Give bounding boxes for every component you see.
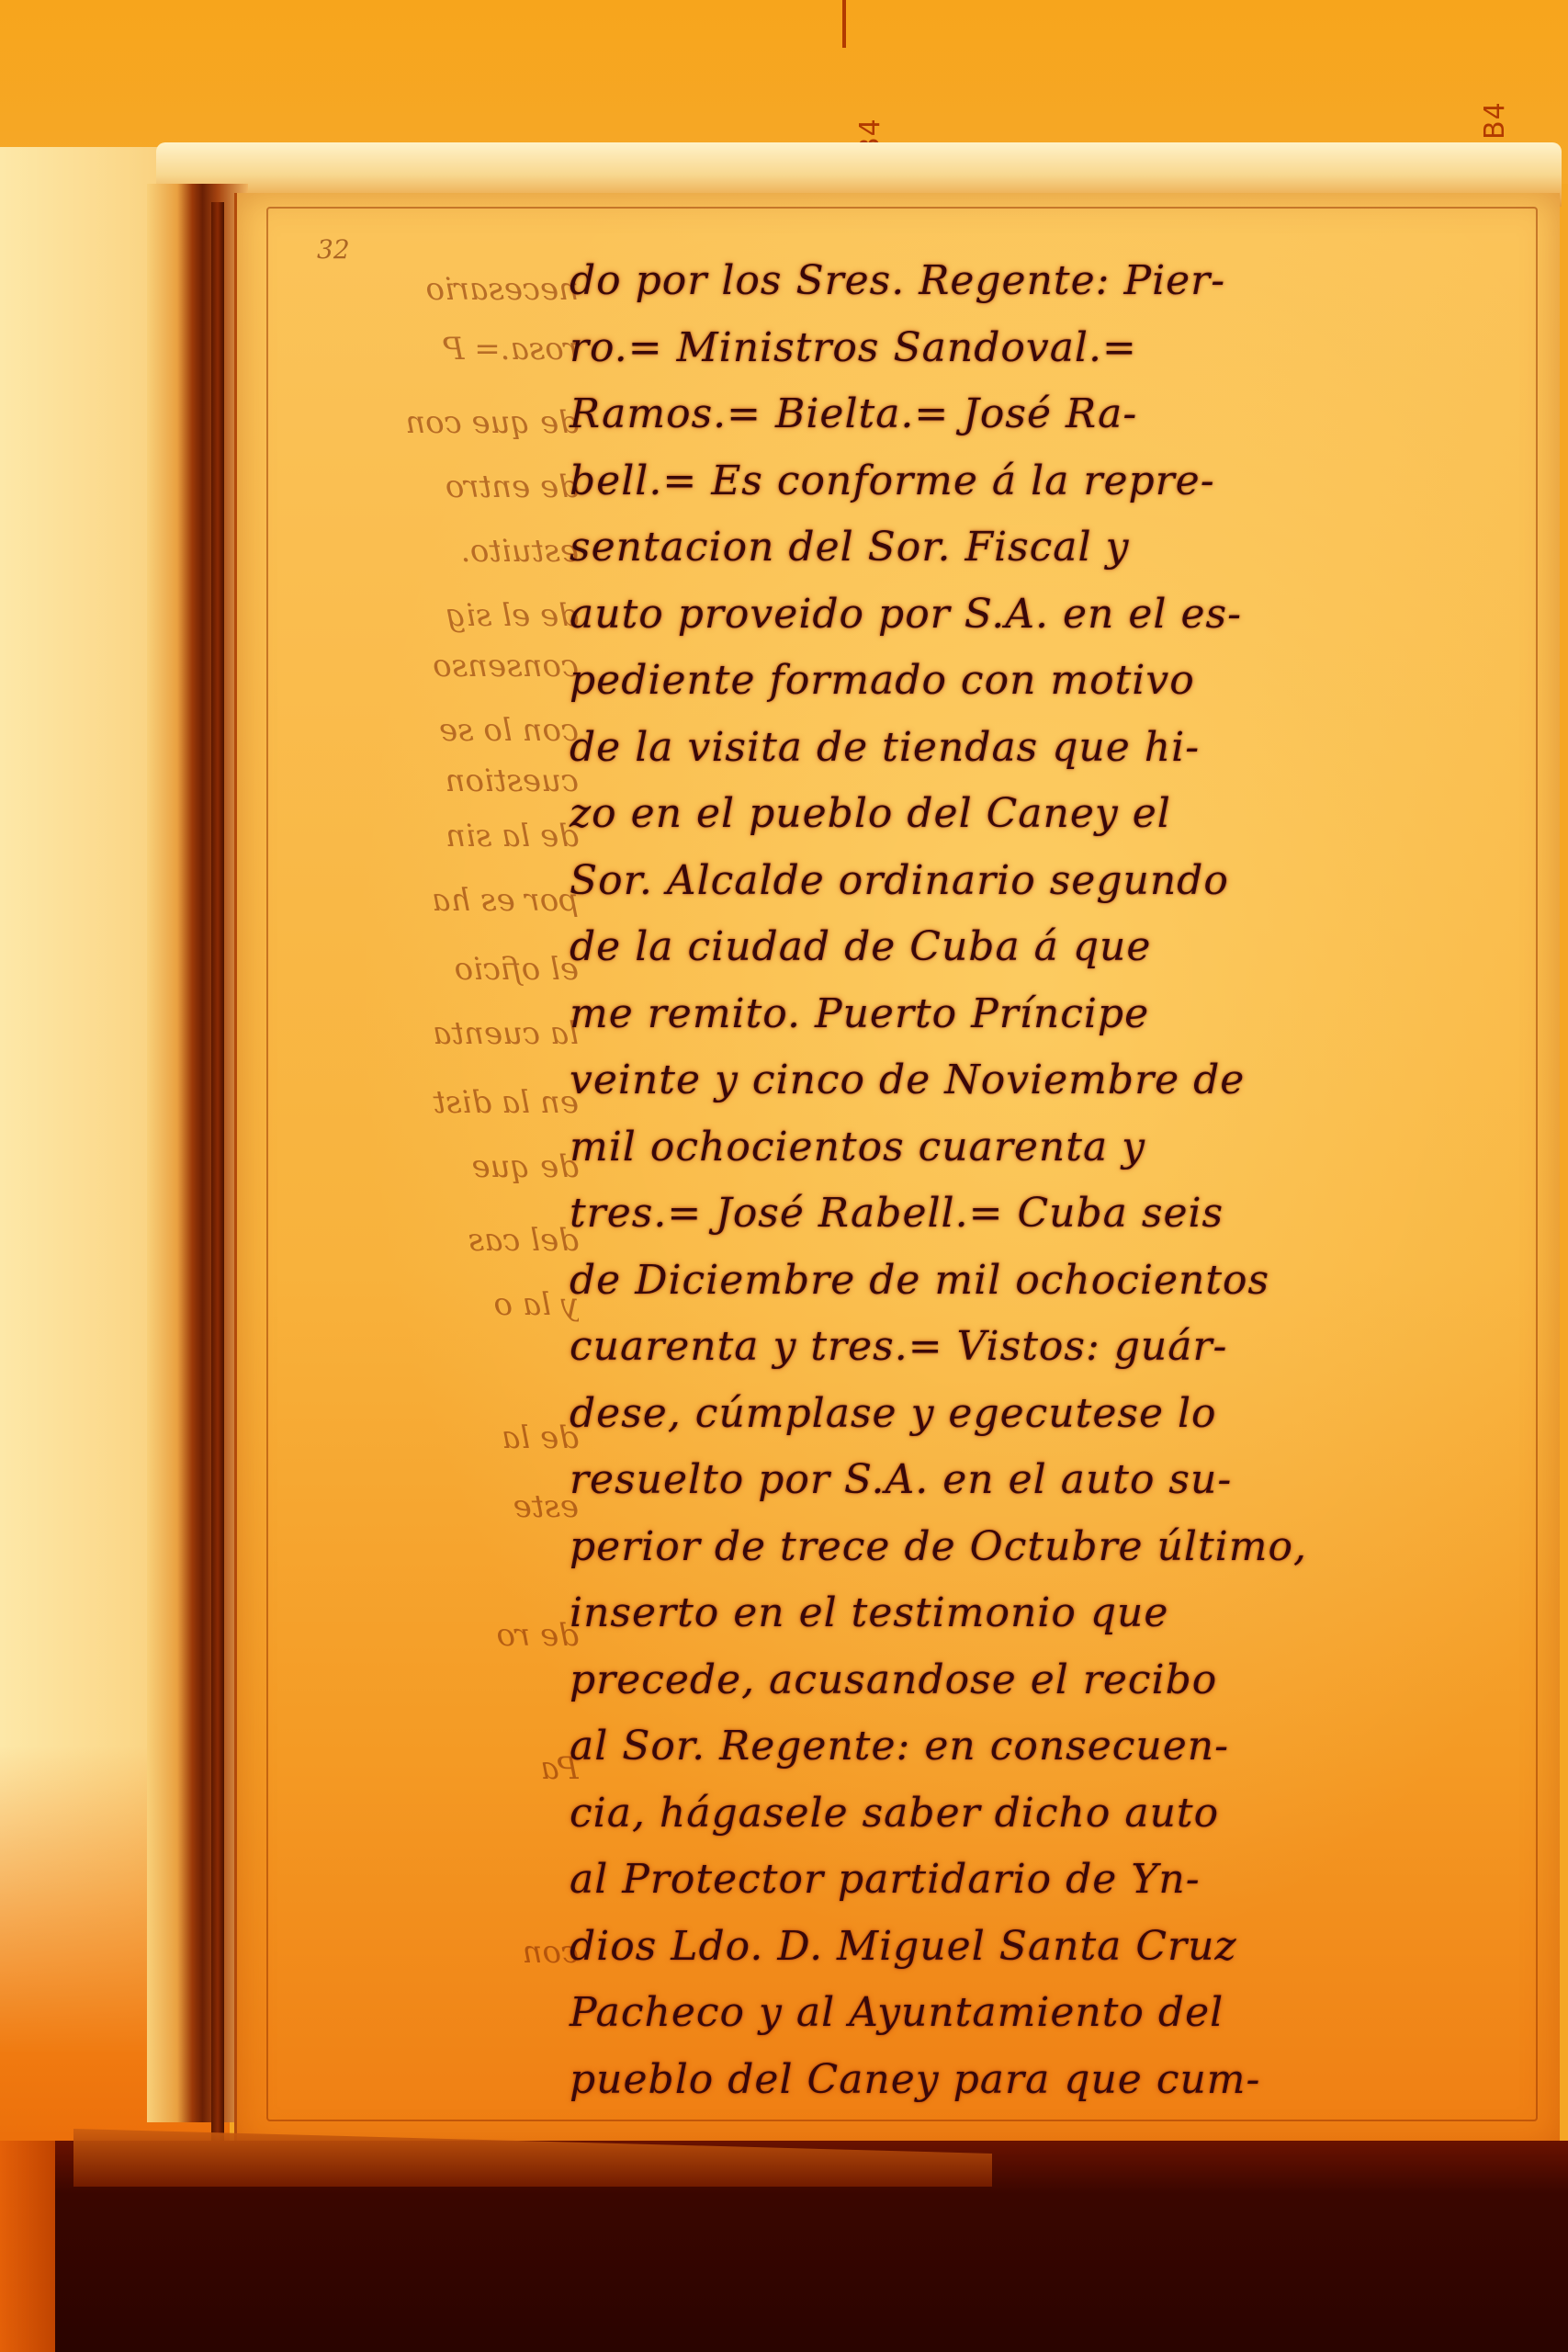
- bleed-line: estuito.: [303, 533, 579, 570]
- text-line: pueblo del Caney para que cum-: [570, 2047, 1534, 2114]
- text-line: de la visita de tiendas que hi-: [570, 715, 1534, 782]
- text-line: dese, cúmplase y egecutese lo: [570, 1381, 1534, 1448]
- text-line: al Sor. Regente: en consecuen-: [570, 1713, 1534, 1781]
- top-tick-mark: [842, 0, 846, 48]
- text-line: inserto en el testimonio que: [570, 1580, 1534, 1647]
- text-line: perior de trece de Octubre último,: [570, 1514, 1534, 1581]
- bleed-line: de ro: [303, 1617, 579, 1654]
- bleed-line: necesario: [303, 271, 579, 308]
- text-line: pediente formado con motivo: [570, 648, 1534, 715]
- text-line: do por los Sres. Regente: Pier-: [570, 248, 1534, 315]
- background-bottom-left: [0, 2141, 55, 2352]
- bleed-line: de entro: [303, 469, 579, 505]
- text-line: zo en el pueblo del Caney el: [570, 781, 1534, 848]
- text-line: ro.= Ministros Sandoval.=: [570, 315, 1534, 382]
- bleed-line: de la sin: [303, 818, 579, 854]
- bleed-line: de la: [303, 1419, 579, 1456]
- book-spine: [211, 202, 224, 2141]
- book-binding-edge: [147, 184, 248, 2122]
- text-line: veinte y cinco de Noviembre de: [570, 1047, 1534, 1114]
- text-line: tres.= José Rabell.= Cuba seis: [570, 1181, 1534, 1248]
- text-line: cia, hágasele saber dicho auto: [570, 1781, 1534, 1848]
- marker-label-b4-right: B4: [1479, 101, 1511, 140]
- bleed-line: este: [303, 1488, 579, 1525]
- bleed-line: de que: [303, 1148, 579, 1185]
- text-line: dios Ldo. D. Miguel Santa Cruz: [570, 1914, 1534, 1981]
- bleed-line: cuestion: [303, 763, 579, 799]
- bleed-line: el oficio: [303, 951, 579, 988]
- text-line: auto proveido por S.A. en el es-: [570, 582, 1534, 649]
- text-line: al Protector partidario de Yn-: [570, 1847, 1534, 1914]
- text-line: sentacion del Sor. Fiscal y: [570, 514, 1534, 582]
- text-line: Ramos.= Bielta.= José Ra-: [570, 381, 1534, 448]
- bleed-line: en la dist: [303, 1084, 579, 1121]
- bleed-line: la cuenta: [303, 1015, 579, 1052]
- text-line: mil ochocientos cuarenta y: [570, 1114, 1534, 1182]
- bleed-line: con lo se: [303, 712, 579, 749]
- bleed-line: rosa.= P: [303, 331, 579, 367]
- text-line: cuarenta y tres.= Vistos: guár-: [570, 1314, 1534, 1381]
- bleed-line: y la o: [303, 1286, 579, 1323]
- text-line: de Diciembre de mil ochocientos: [570, 1248, 1534, 1315]
- text-line: Sor. Alcalde ordinario segundo: [570, 848, 1534, 915]
- text-line: de la ciudad de Cuba á que: [570, 914, 1534, 981]
- text-line: bell.= Es conforme á la repre-: [570, 448, 1534, 515]
- bleed-line: de que con: [303, 404, 579, 441]
- text-line: Pacheco y al Ayuntamiento del: [570, 1980, 1534, 2047]
- bleed-line: por es ha: [303, 882, 579, 919]
- text-line: precede, acusandose el recibo: [570, 1647, 1534, 1714]
- text-line: me remito. Puerto Príncipe: [570, 981, 1534, 1048]
- bleed-line: del cas: [303, 1222, 579, 1259]
- bleed-line: consenso: [303, 648, 579, 684]
- folio-number: 32: [317, 234, 350, 265]
- bleed-line: Pa: [303, 1750, 579, 1787]
- bleed-line: de el sig: [303, 597, 579, 634]
- text-line: resuelto por S.A. en el auto su-: [570, 1447, 1534, 1514]
- bleed-line: con: [303, 1934, 579, 1971]
- manuscript-text: do por los Sres. Regente: Pier- ro.= Min…: [570, 248, 1534, 2113]
